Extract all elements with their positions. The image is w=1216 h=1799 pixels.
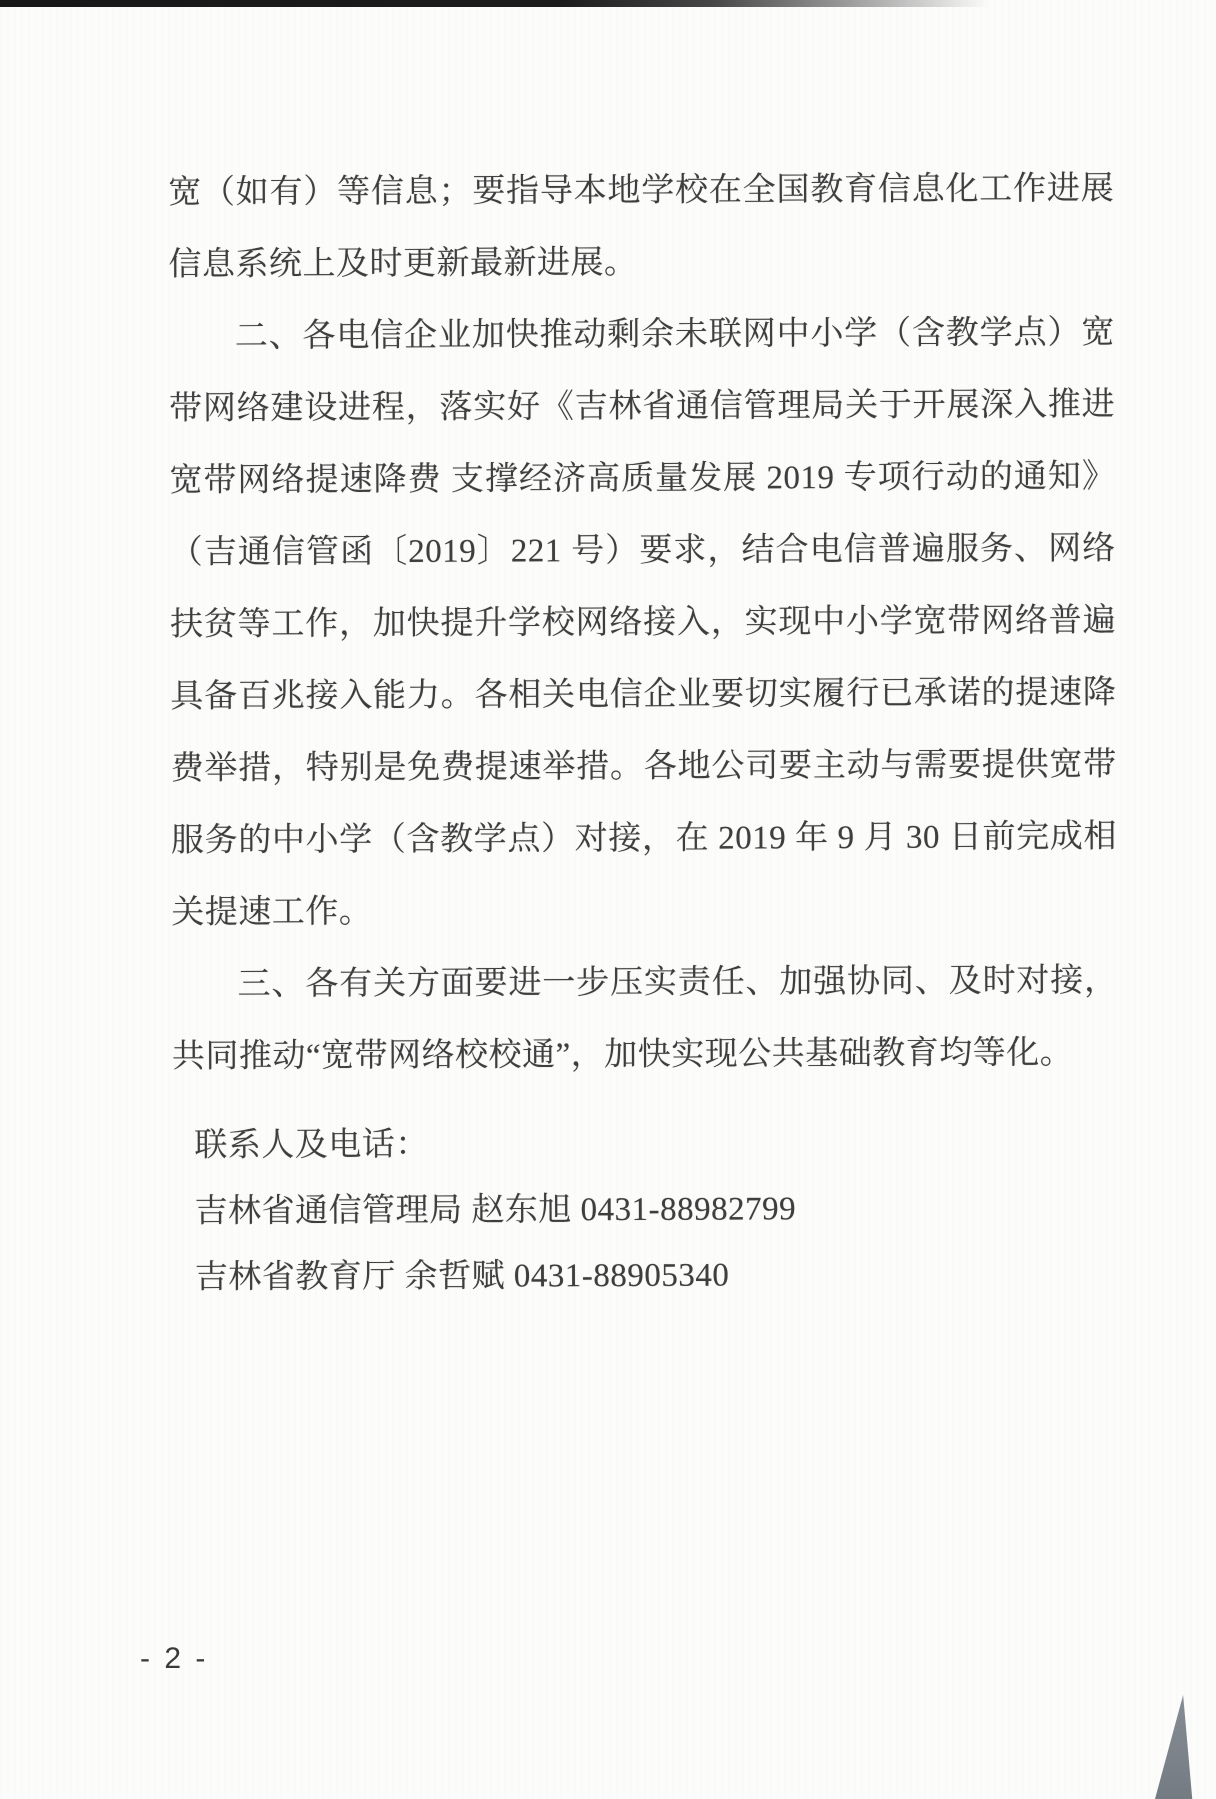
text-line: 宽（如有）等信息；要指导本地学校在全国教育信息化工作进展 xyxy=(168,153,1114,229)
text-line: 具备百兆接入能力。各相关电信企业要切实履行已承诺的提速降 xyxy=(170,657,1116,733)
document-body: 宽（如有）等信息；要指导本地学校在全国教育信息化工作进展信息系统上及时更新最新进… xyxy=(168,153,1119,1311)
scan-artifact-top-line xyxy=(0,0,1020,7)
text-line: 费举措，特别是免费提速举措。各地公司要主动与需要提供宽带 xyxy=(171,729,1117,805)
text-line: 宽带网络提速降费 支撑经济高质量发展 2019 专项行动的通知》 xyxy=(169,441,1115,517)
contact-heading: 联系人及电话： xyxy=(194,1109,1118,1179)
text-line: 扶贫等工作，加快提升学校网络接入，实现中小学宽带网络普遍 xyxy=(170,585,1116,661)
scanned-document-page: { "meta": { "paper_color": "#fcfcfb", "t… xyxy=(0,0,1216,1799)
text-line: 共同推动“宽带网络校校通”，加快实现公共基础教育均等化。 xyxy=(172,1017,1118,1093)
text-line: 信息系统上及时更新最新进展。 xyxy=(168,225,1114,301)
text-line: 三、各有关方面要进一步压实责任、加强协同、及时对接， xyxy=(171,945,1117,1021)
text-line: 服务的中小学（含教学点）对接，在 2019 年 9 月 30 日前完成相 xyxy=(171,801,1117,877)
body-text: 宽（如有）等信息；要指导本地学校在全国教育信息化工作进展信息系统上及时更新最新进… xyxy=(168,153,1118,1093)
text-line: （吉通信管函〔2019〕221 号）要求，结合电信普遍服务、网络 xyxy=(170,513,1116,589)
scan-artifact-corner-sliver xyxy=(1155,1695,1193,1799)
text-line: 关提速工作。 xyxy=(171,873,1117,949)
contact-entry: 吉林省通信管理局 赵东旭 0431-88982799 xyxy=(194,1175,1118,1245)
contact-entry: 吉林省教育厅 余哲赋 0431-88905340 xyxy=(195,1241,1119,1311)
page-number: - 2 - xyxy=(140,1642,208,1676)
text-line: 二、各电信企业加快推动剩余未联网中小学（含教学点）宽 xyxy=(169,297,1115,373)
text-line: 带网络建设进程，落实好《吉林省通信管理局关于开展深入推进 xyxy=(169,369,1115,445)
contact-block: 联系人及电话： 吉林省通信管理局 赵东旭 0431-88982799吉林省教育厅… xyxy=(172,1109,1119,1311)
contact-entries: 吉林省通信管理局 赵东旭 0431-88982799吉林省教育厅 余哲赋 043… xyxy=(194,1175,1119,1311)
